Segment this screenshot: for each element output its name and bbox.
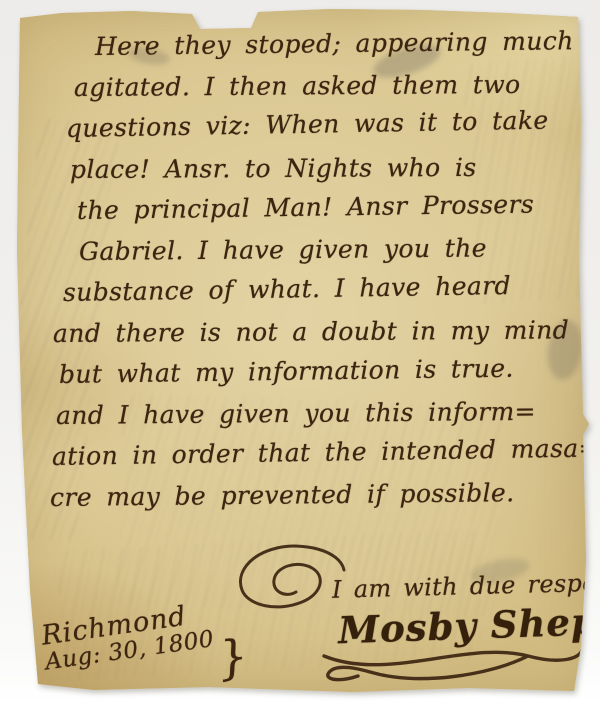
letter-line: cre may be prevented if possible.: [50, 471, 600, 518]
letter-line: substance of what. I have heard: [63, 264, 600, 313]
letter-line: the principal Man! Ansr Prossers: [77, 183, 600, 231]
letter-paper: Here they stoped; appearing much agitate…: [0, 0, 600, 703]
dateline: Richmond Aug: 30, 1800: [40, 600, 216, 675]
closing-text: I am with due respect: [332, 568, 600, 604]
letter-body: Here they stoped; appearing much agitate…: [0, 26, 600, 518]
signature-text: Mosby Sheppard: [337, 596, 600, 653]
letter-line: ation in order that the intended masa=: [52, 427, 600, 477]
letter-line: Here they stoped; appearing much: [95, 20, 600, 67]
letter-line: but what my information is true.: [59, 346, 600, 395]
scanned-letter-page: Here they stoped; appearing much agitate…: [0, 0, 600, 703]
date-brace: }: [214, 628, 251, 686]
paper-shadow-wrap: Here they stoped; appearing much agitate…: [0, 0, 600, 703]
letter-line: questions viz: When was it to take: [66, 99, 600, 149]
